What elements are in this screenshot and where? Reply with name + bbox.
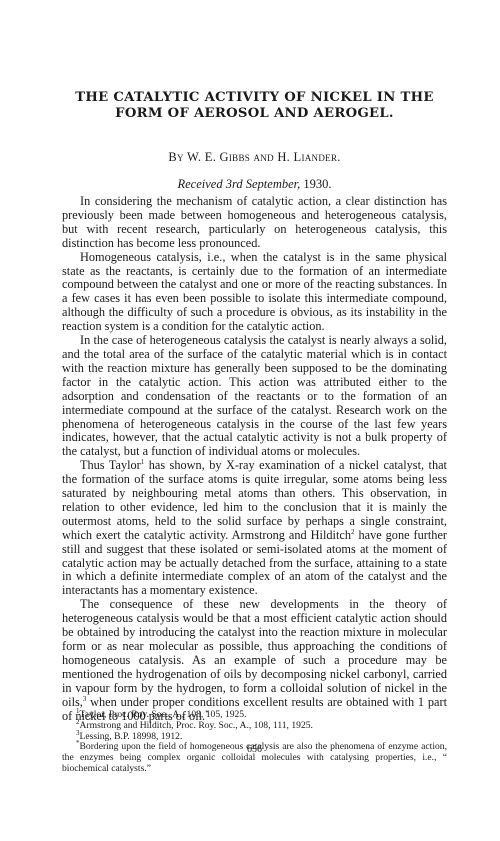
footnote-text: Lessing, B.P. 18998, 1912.	[80, 731, 183, 742]
paragraph-3: In the case of heterogeneous catalysis t…	[62, 334, 447, 459]
paragraph-5: The consequence of these new development…	[62, 598, 447, 723]
article-body: In considering the mechanism of catalyti…	[62, 195, 447, 723]
footnote-text: Armstrong and Hilditch, Proc. Roy. Soc.,…	[80, 720, 313, 731]
footnote-text: Taylor, Proc. Roy. Soc., A., 108, 105, 1…	[80, 709, 247, 720]
received-year: 1930.	[300, 177, 331, 191]
footnotes: 1Taylor, Proc. Roy. Soc., A., 108, 105, …	[62, 710, 447, 775]
title-line-2: FORM OF AEROSOL AND AEROGEL.	[62, 106, 447, 122]
page-number: 656	[62, 744, 447, 755]
paragraph-1: In considering the mechanism of catalyti…	[62, 195, 447, 251]
p5-text-a: The consequence of these new development…	[62, 597, 447, 708]
paragraph-4: Thus Taylor1 has shown, by X-ray examina…	[62, 459, 447, 598]
p4-text-a: Thus Taylor	[80, 458, 141, 472]
received-label: Received 3rd September,	[178, 177, 301, 191]
title-line-1: THE CATALYTIC ACTIVITY OF NICKEL IN THE	[62, 90, 447, 106]
authors-line: By W. E. Gibbs and H. Liander.	[62, 150, 447, 165]
article-title: THE CATALYTIC ACTIVITY OF NICKEL IN THE …	[62, 90, 447, 122]
paragraph-2: Homogeneous catalysis, i.e., when the ca…	[62, 251, 447, 334]
received-date: Received 3rd September, 1930.	[62, 177, 447, 192]
